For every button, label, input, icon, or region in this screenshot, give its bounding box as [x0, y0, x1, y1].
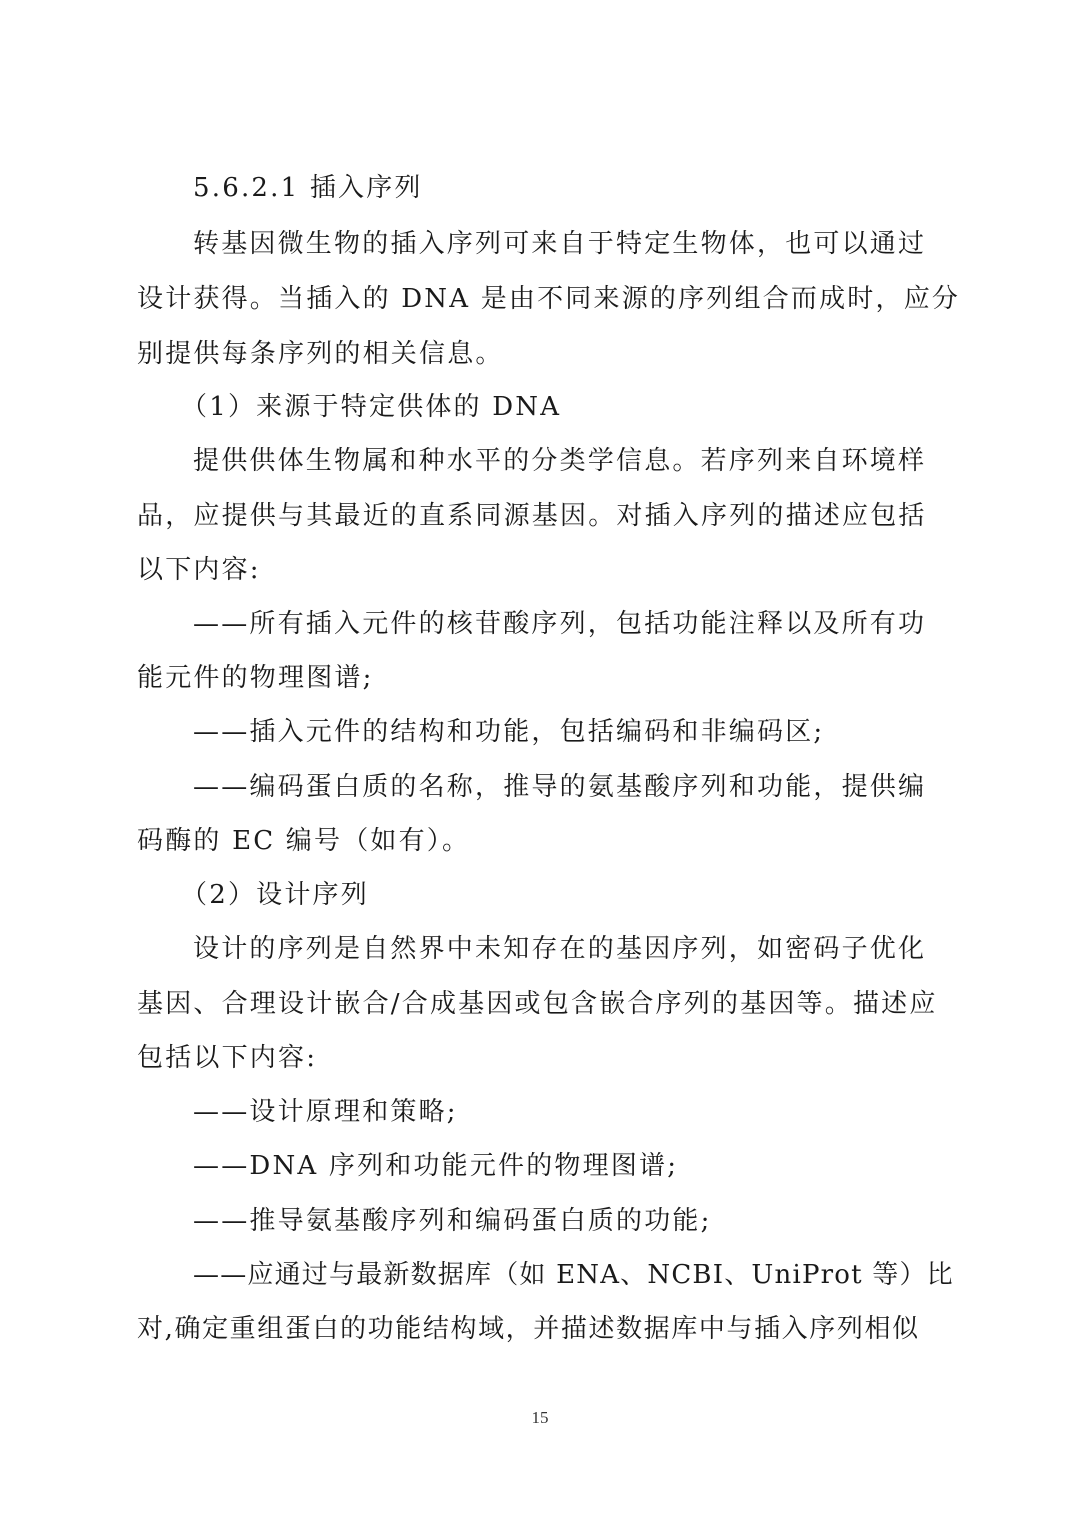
paragraph-line: 基因、合理设计嵌合/合成基因或包含嵌合序列的基因等。描述应: [137, 986, 938, 1022]
subsection-heading: （2）设计序列: [181, 877, 369, 913]
paragraph-line: 提供供体生物属和种水平的分类学信息。若序列来自环境样: [193, 443, 926, 479]
page-number: 15: [0, 1408, 1080, 1428]
list-item: ——编码蛋白质的名称，推导的氨基酸序列和功能，提供编: [193, 769, 926, 805]
subsection-heading: （1）来源于特定供体的 DNA: [181, 389, 561, 425]
list-item-continuation: 对,确定重组蛋白的功能结构域，并描述数据库中与插入序列相似: [137, 1311, 920, 1347]
list-item-continuation: 能元件的物理图谱;: [137, 660, 374, 696]
list-item-continuation: 码酶的 EC 编号（如有）。: [137, 823, 470, 859]
list-item: ——DNA 序列和功能元件的物理图谱;: [193, 1148, 678, 1184]
list-item: ——插入元件的结构和功能，包括编码和非编码区;: [193, 714, 824, 750]
list-item: ——推导氨基酸序列和编码蛋白质的功能;: [193, 1203, 712, 1239]
paragraph-line: 设计的序列是自然界中未知存在的基因序列，如密码子优化: [193, 931, 926, 967]
paragraph-line: 品，应提供与其最近的直系同源基因。对插入序列的描述应包括: [137, 498, 927, 534]
paragraph-line: 设计获得。当插入的 DNA 是由不同来源的序列组合而成时，应分: [137, 281, 960, 317]
paragraph-line: 转基因微生物的插入序列可来自于特定生物体，也可以通过: [193, 226, 926, 262]
list-item: ——应通过与最新数据库（如 ENA、NCBI、UniProt 等）比: [193, 1257, 954, 1293]
list-item: ——设计原理和策略;: [193, 1094, 458, 1130]
list-item: ——所有插入元件的核苷酸序列，包括功能注释以及所有功: [193, 606, 926, 642]
paragraph-line: 包括以下内容:: [137, 1040, 317, 1076]
section-heading: 5.6.2.1 插入序列: [193, 170, 423, 206]
paragraph-line: 以下内容:: [137, 552, 261, 588]
paragraph-line: 别提供每条序列的相关信息。: [137, 336, 504, 372]
